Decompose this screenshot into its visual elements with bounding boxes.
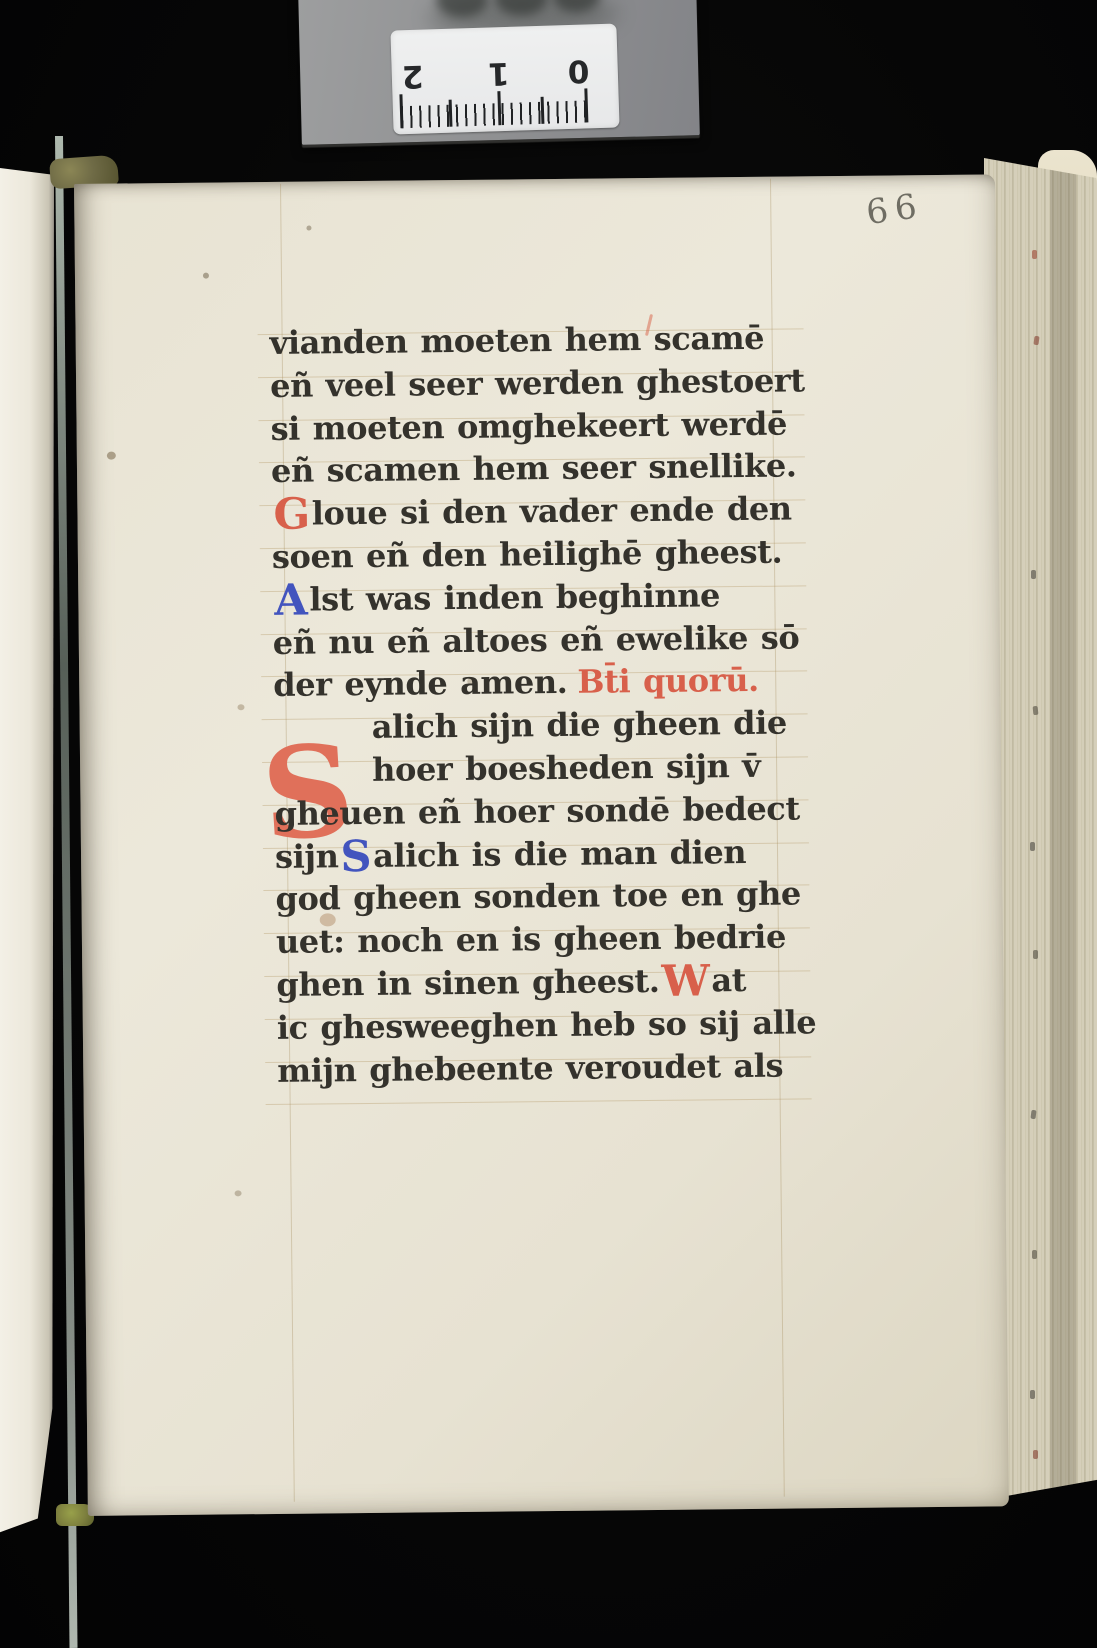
edge-mark [1033, 1450, 1038, 1459]
ruler-number-1: 1 [487, 57, 510, 89]
text-line: alich sijn die gheen die [273, 702, 797, 750]
stain-spot [235, 1190, 242, 1196]
edge-mark [1030, 1110, 1036, 1120]
edge-mark [1033, 706, 1039, 715]
edge-mark [1032, 1250, 1037, 1259]
line-text: vianden moeten hem scamē [269, 319, 764, 362]
line-text: mijn ghebeente veroudet als [277, 1046, 783, 1089]
text-line: vianden moeten hem scamē [269, 316, 793, 364]
ruler-cm-tick [584, 88, 588, 122]
folio-number: 66 [864, 186, 926, 233]
text-line: der eynde amen.Bt̄i quorū. [273, 659, 797, 707]
ruling-lines [74, 174, 995, 184]
text-line: ic ghesweeghen heb so sij alle [277, 1001, 801, 1049]
text-line: god gheen sonden toe en ghe [275, 873, 799, 921]
ruler-number-0: 0 [567, 54, 590, 86]
line-text: ghen in sinen gheest. [276, 962, 659, 1004]
text-line: sijnSalich is die man dien [275, 830, 799, 878]
text-line: eñ veel seer werden ghestoert [270, 359, 794, 407]
facing-page-edge [0, 168, 54, 1546]
line-text: der eynde amen. [273, 663, 568, 704]
line-text: alich sijn die gheen die [372, 704, 788, 746]
text-line: uet: noch en is gheen bedrie [276, 916, 800, 964]
lombard-initial: W [661, 956, 709, 1006]
line-text: eñ scamen hem seer snellike. [271, 447, 797, 491]
line-text: loue si den vader ende den [312, 490, 792, 533]
lombard-initial: A [274, 575, 307, 625]
lombard-initial: G [273, 490, 310, 540]
photo-background: 2 1 0 66 [0, 0, 1097, 1648]
edge-mark [1032, 250, 1037, 259]
line-text: si moeten omghekeert werdē [270, 404, 787, 447]
ruler-sticker: 2 1 0 [390, 23, 619, 134]
line-text: god gheen sonden toe en ghe [275, 875, 801, 918]
edge-mark [1033, 950, 1038, 959]
line-text: gheuen eñ hoer sondē bedect [274, 789, 800, 832]
glass-edge [55, 136, 78, 1648]
line-text: sijn [275, 837, 339, 876]
text-line: hoer boesheden sijn v̄ [274, 744, 798, 792]
stain-spot [107, 452, 116, 460]
ruler-cm-tick [399, 94, 403, 128]
line-text: soen eñ den heilighē gheest. [272, 533, 783, 576]
text-line: si moeten omghekeert werdē [270, 402, 794, 450]
stain-spot [203, 273, 209, 279]
edge-mark [1030, 1390, 1035, 1399]
ruling-horizontal [266, 1099, 812, 1106]
text-line: eñ nu eñ altoes eñ ewelike sō [273, 616, 797, 664]
text-line: mijn ghebeente veroudet als [277, 1044, 801, 1092]
line-text: at [711, 961, 746, 999]
line-text: eñ nu eñ altoes eñ ewelike sō [273, 618, 800, 662]
ruler-cm-tick [497, 91, 501, 125]
text-line: Alst was inden beghinne [272, 573, 796, 621]
rubric-text: Bt̄i quorū. [577, 661, 759, 701]
line-text: ic ghesweeghen heb so sij alle [277, 1003, 817, 1047]
text-line: eñ scamen hem seer snellike. [271, 445, 795, 493]
edge-mark [1031, 570, 1036, 579]
text-block: vianden moeten hem scamē eñ veel seer we… [269, 316, 801, 1092]
text-line: Gloue si den vader ende den [271, 488, 795, 536]
text-line: gheuen eñ hoer sondē bedect [274, 787, 798, 835]
line-text: eñ veel seer werden ghestoert [270, 361, 805, 405]
edge-mark [1033, 336, 1039, 346]
line-text: lst was inden beghinne [309, 576, 720, 618]
line-text: alich is die man dien [373, 833, 746, 875]
line-text: uet: noch en is gheen bedrie [276, 918, 786, 961]
stain-spot [237, 704, 244, 710]
lombard-initial: S [340, 831, 371, 881]
ruler-mm-ticks [401, 100, 590, 128]
stain-spot [306, 226, 311, 231]
text-line: ghen in sinen gheest.Wat [276, 958, 800, 1006]
text-line: soen eñ den heilighē gheest. [272, 530, 796, 578]
ruler-ticks [398, 88, 593, 130]
edge-mark [1030, 842, 1035, 851]
manuscript-page: 66 S vianden moeten hem scamē eñ veel se… [74, 174, 1009, 1516]
ruler-number-2: 2 [401, 60, 424, 92]
line-text: hoer boesheden sijn v̄ [372, 747, 761, 789]
fore-edge-shadow [1050, 158, 1076, 1500]
